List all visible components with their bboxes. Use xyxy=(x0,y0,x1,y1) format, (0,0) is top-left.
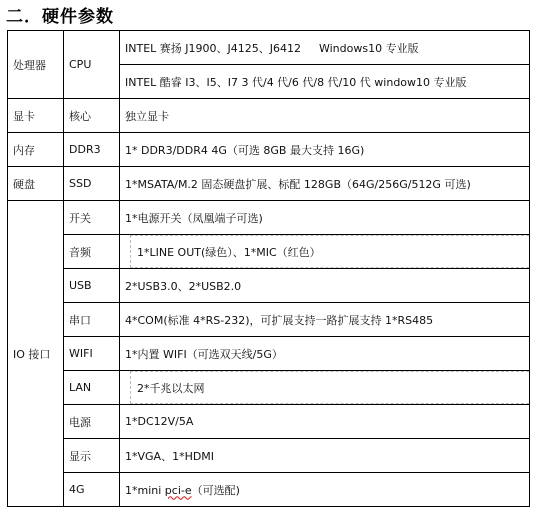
item-4g: 4G xyxy=(64,473,120,507)
table-row-memory: 内存 DDR3 1* DDR3/DDR4 4G（可选 8GB 最大支持 16G) xyxy=(8,133,530,167)
value-switch: 1*电源开关（凤凰端子可选) xyxy=(120,201,530,235)
table-row-io-wifi: WIFI 1*内置 WIFI（可选双天线/5G） xyxy=(8,337,530,371)
table-row-cpu-1: 处理器 CPU INTEL 赛扬 J1900、J4125、J6412Window… xyxy=(8,31,530,65)
value-4g: 1*mini pci-e（可选配) xyxy=(120,473,530,507)
table-row-storage: 硬盘 SSD 1*MSATA/M.2 固态硬盘扩展、标配 128GB（64G/2… xyxy=(8,167,530,201)
value-lan: 2*千兆以太网 xyxy=(130,371,529,404)
table-row-io-lan: LAN 2*千兆以太网 xyxy=(8,371,530,405)
section-title: 二．硬件参数 xyxy=(6,2,114,27)
category-gpu: 显卡 xyxy=(8,99,64,133)
value-serial: 4*COM(标准 4*RS-232)，可扩展支持一路扩展支持 1*RS485 xyxy=(120,303,530,337)
value-4g-suffix: （可选配) xyxy=(192,484,240,497)
item-lan: LAN xyxy=(64,371,120,405)
value-audio-cell: 1*LINE OUT(绿色）、1*MIC（红色） xyxy=(120,235,530,269)
table-row-io-display: 显示 1*VGA、1*HDMI xyxy=(8,439,530,473)
category-memory: 内存 xyxy=(8,133,64,167)
item-switch: 开关 xyxy=(64,201,120,235)
value-cpu-celeron: INTEL 赛扬 J1900、J4125、J6412Windows10 专业版 xyxy=(120,31,530,65)
value-wifi: 1*内置 WIFI（可选双天线/5G） xyxy=(120,337,530,371)
value-power: 1*DC12V/5A xyxy=(120,405,530,439)
value-memory: 1* DDR3/DDR4 4G（可选 8GB 最大支持 16G) xyxy=(120,133,530,167)
table-row-io-audio: 音频 1*LINE OUT(绿色）、1*MIC（红色） xyxy=(8,235,530,269)
item-cpu: CPU xyxy=(64,31,120,99)
table-row-io-switch: IO 接口 开关 1*电源开关（凤凰端子可选) xyxy=(8,201,530,235)
category-processor: 处理器 xyxy=(8,31,64,99)
item-display: 显示 xyxy=(64,439,120,473)
value-audio: 1*LINE OUT(绿色）、1*MIC（红色） xyxy=(130,235,529,268)
item-usb: USB xyxy=(64,269,120,303)
cpu-celeron-models: INTEL 赛扬 J1900、J4125、J6412 xyxy=(125,42,301,55)
item-wifi: WIFI xyxy=(64,337,120,371)
hardware-spec-table: 处理器 CPU INTEL 赛扬 J1900、J4125、J6412Window… xyxy=(7,30,530,507)
value-4g-prefix: 1*mini xyxy=(125,484,165,497)
item-gpu: 核心 xyxy=(64,99,120,133)
table-row-io-power: 电源 1*DC12V/5A xyxy=(8,405,530,439)
value-usb: 2*USB3.0、2*USB2.0 xyxy=(120,269,530,303)
item-power: 电源 xyxy=(64,405,120,439)
value-display: 1*VGA、1*HDMI xyxy=(120,439,530,473)
item-audio: 音频 xyxy=(64,235,120,269)
item-storage: SSD xyxy=(64,167,120,201)
spellcheck-underlined-text: pci-e xyxy=(165,484,192,497)
item-memory: DDR3 xyxy=(64,133,120,167)
table-row-gpu: 显卡 核心 独立显卡 xyxy=(8,99,530,133)
cpu-core-models: INTEL 酷睿 I3、I5、I7 3 代/4 代/6 代/8 代/10 代 xyxy=(125,76,371,89)
table-row-io-4g: 4G 1*mini pci-e（可选配) xyxy=(8,473,530,507)
value-storage: 1*MSATA/M.2 固态硬盘扩展、标配 128GB（64G/256G/512… xyxy=(120,167,530,201)
item-serial: 串口 xyxy=(64,303,120,337)
value-lan-cell: 2*千兆以太网 xyxy=(120,371,530,405)
cpu-core-os: window10 专业版 xyxy=(374,76,466,89)
table-row-io-serial: 串口 4*COM(标准 4*RS-232)，可扩展支持一路扩展支持 1*RS48… xyxy=(8,303,530,337)
cpu-celeron-os: Windows10 专业版 xyxy=(319,42,419,55)
category-storage: 硬盘 xyxy=(8,167,64,201)
category-io: IO 接口 xyxy=(8,201,64,507)
value-cpu-core: INTEL 酷睿 I3、I5、I7 3 代/4 代/6 代/8 代/10 代 w… xyxy=(120,65,530,99)
table-row-io-usb: USB 2*USB3.0、2*USB2.0 xyxy=(8,269,530,303)
value-gpu: 独立显卡 xyxy=(120,99,530,133)
